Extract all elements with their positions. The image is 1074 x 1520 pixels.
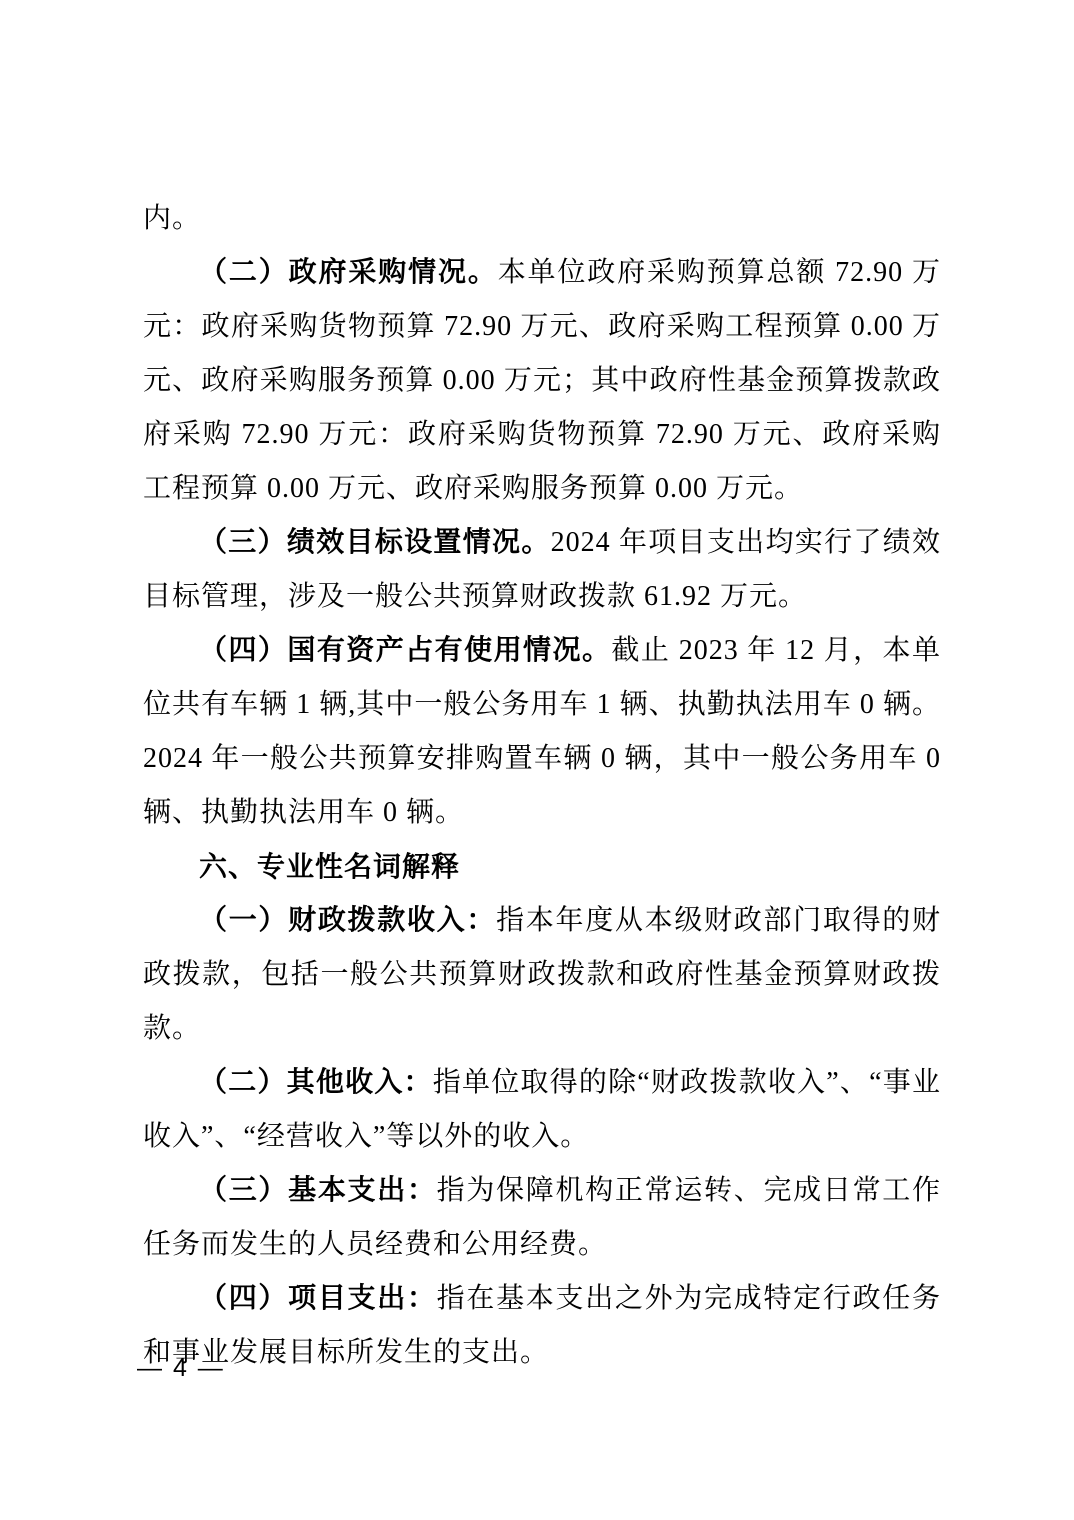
document-page: 内。 （二）政府采购情况。本单位政府采购预算总额 72.90 万元：政府采购货物… (0, 0, 1074, 1520)
paragraph-continuation: 内。 (143, 192, 941, 246)
section-heading-terminology: 六、专业性名词解释 (143, 840, 941, 894)
paragraph-performance-targets: （三）绩效目标设置情况。2024 年项目支出均实行了绩效目标管理，涉及一般公共预… (143, 516, 941, 624)
document-body: 内。 （二）政府采购情况。本单位政府采购预算总额 72.90 万元：政府采购货物… (143, 192, 941, 1380)
paragraph-lead-basic-expenditure: （三）基本支出： (199, 1175, 437, 1206)
paragraph-lead-gov-procurement: （二）政府采购情况。 (199, 257, 498, 288)
page-number: — 4 — (137, 1352, 225, 1384)
paragraph-lead-project-expenditure: （四）项目支出： (199, 1283, 437, 1314)
paragraph-lead-state-assets: （四）国有资产占有使用情况。 (199, 635, 611, 666)
paragraph-lead-other-income: （二）其他收入： (199, 1067, 433, 1098)
paragraph-lead-performance-targets: （三）绩效目标设置情况。 (199, 527, 551, 558)
paragraph-term-fiscal-appropriation-income: （一）财政拨款收入：指本年度从本级财政部门取得的财政拨款，包括一般公共预算财政拨… (143, 894, 941, 1056)
paragraph-term-other-income: （二）其他收入：指单位取得的除“财政拨款收入”、“事业收入”、“经营收入”等以外… (143, 1056, 941, 1164)
paragraph-text-gov-procurement: 本单位政府采购预算总额 72.90 万元：政府采购货物预算 72.90 万元、政… (143, 257, 941, 504)
paragraph-lead-fiscal-appropriation-income: （一）财政拨款收入： (199, 905, 496, 936)
paragraph-state-assets: （四）国有资产占有使用情况。截止 2023 年 12 月，本单位共有车辆 1 辆… (143, 624, 941, 840)
paragraph-gov-procurement: （二）政府采购情况。本单位政府采购预算总额 72.90 万元：政府采购货物预算 … (143, 246, 941, 516)
paragraph-term-basic-expenditure: （三）基本支出：指为保障机构正常运转、完成日常工作任务而发生的人员经费和公用经费… (143, 1164, 941, 1272)
paragraph-term-project-expenditure: （四）项目支出：指在基本支出之外为完成特定行政任务和事业发展目标所发生的支出。 (143, 1272, 941, 1380)
